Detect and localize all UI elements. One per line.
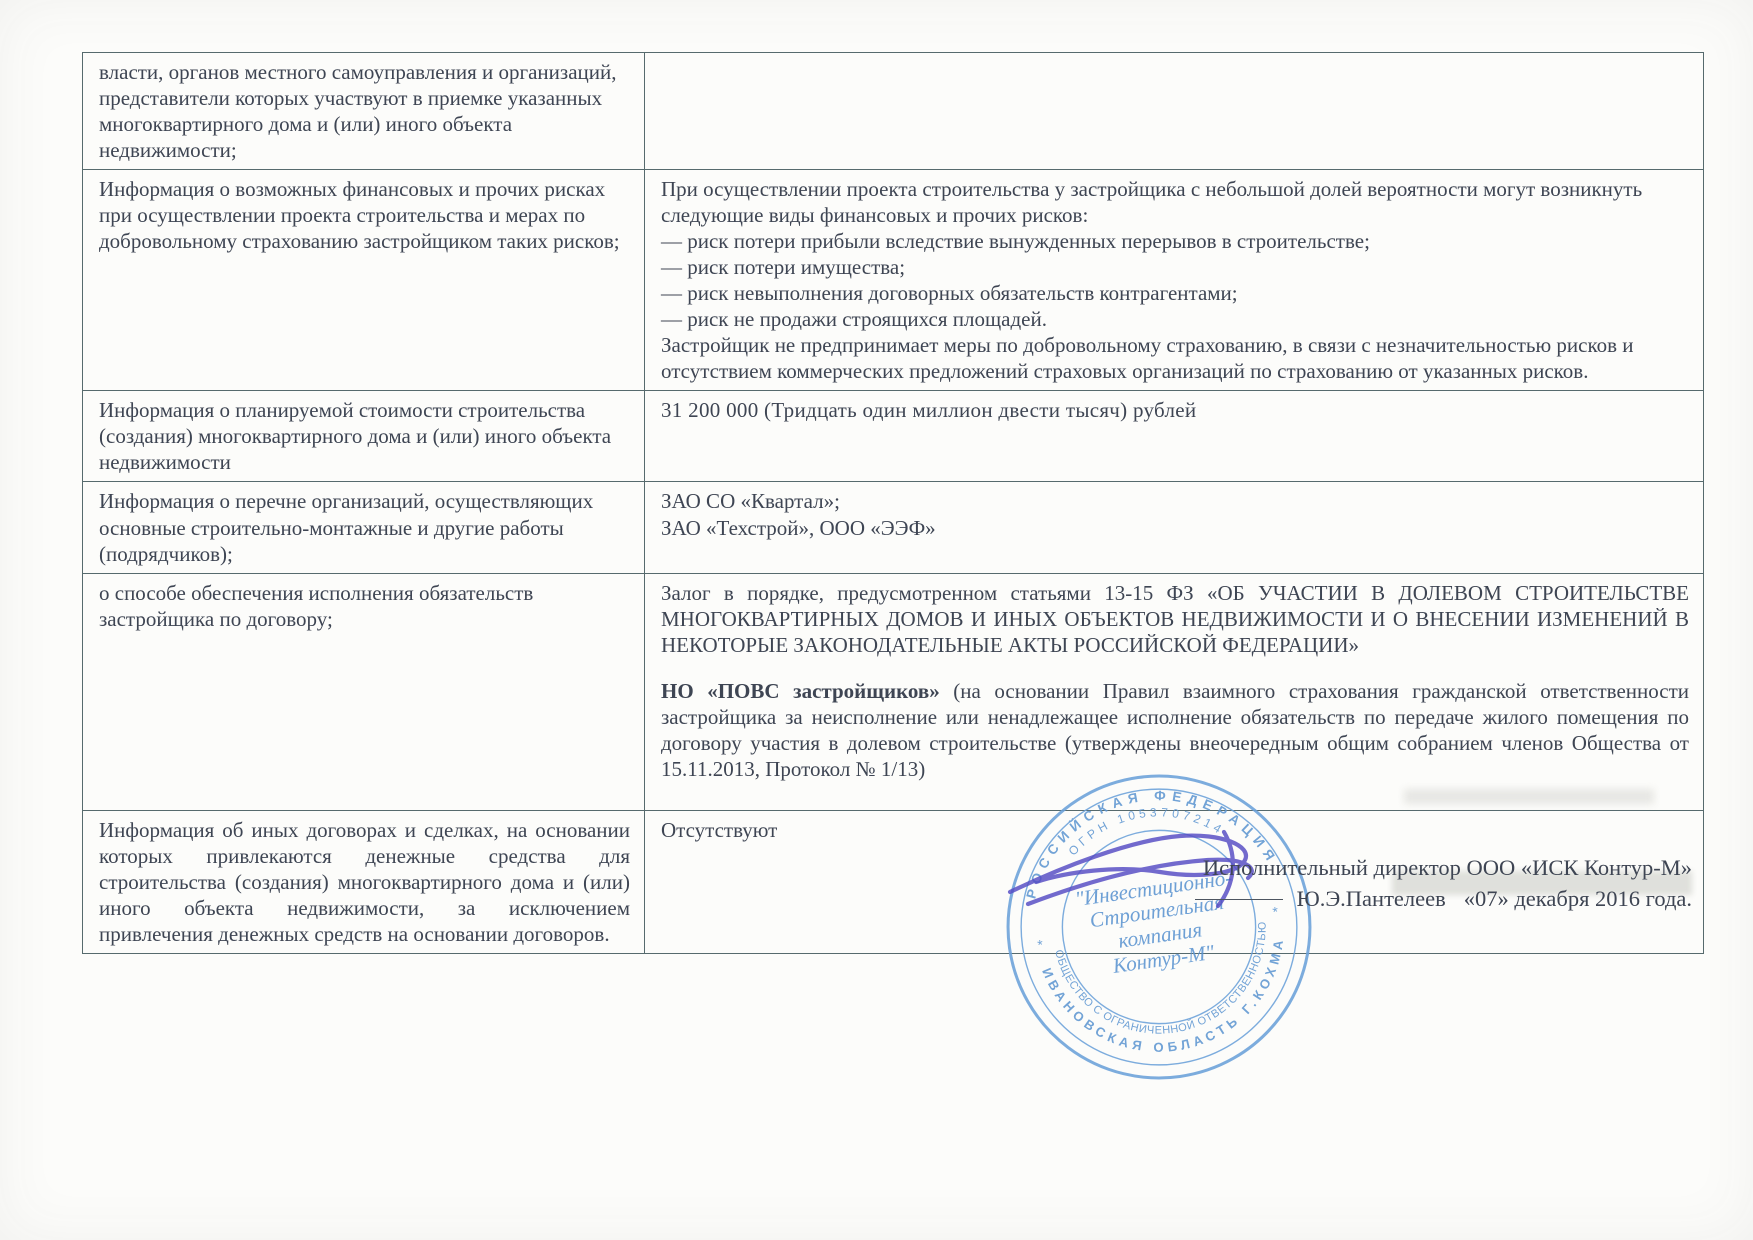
planned-cost-value: 31 200 000 (Тридцать один миллион двести… xyxy=(661,397,1689,423)
risk-item: — риск невыполнения договорных обязатель… xyxy=(661,280,1689,306)
row-label-cell: о способе обеспечения исполнения обязате… xyxy=(83,573,645,810)
risks-intro: При осуществлении проекта строительства … xyxy=(661,176,1689,228)
risk-item: — риск потери имущества; xyxy=(661,254,1689,280)
authorities-value-cell xyxy=(645,53,1704,170)
row-label-cell: Информация о перечне организаций, осущес… xyxy=(83,482,645,573)
risks-note: Застройщик не предпринимает меры по добр… xyxy=(661,332,1689,384)
project-declaration-table: власти, органов местного самоуправления … xyxy=(82,52,1704,954)
contractors-value-cell: ЗАО СО «Квартал»; ЗАО «Техстрой», ООО «Э… xyxy=(645,482,1704,573)
planned-cost-label: Информация о планируемой стоимости строи… xyxy=(99,397,630,475)
signature-line-row: Ю.Э.Пантелеев«07» декабря 2016 года. xyxy=(1060,884,1692,913)
table-row-planned-cost: Информация о планируемой стоимости строи… xyxy=(83,391,1704,482)
signature-date: «07» декабря 2016 года. xyxy=(1464,886,1692,911)
povs-clause-lead: НО «ПОВС застройщиков» xyxy=(661,679,940,703)
row-label-cell: власти, органов местного самоуправления … xyxy=(83,53,645,170)
signature-line xyxy=(1195,899,1283,900)
scanned-document-page: власти, органов местного самоуправления … xyxy=(0,0,1753,1240)
authorities-label: власти, органов местного самоуправления … xyxy=(99,59,630,163)
contractor-line: ЗАО СО «Квартал»; xyxy=(661,488,1689,514)
risk-item: — риск потери прибыли вследствие вынужде… xyxy=(661,228,1689,254)
row-label-cell: Информация об иных договорах и сделках, … xyxy=(83,810,645,953)
obligations-label: о способе обеспечения исполнения обязате… xyxy=(99,580,630,632)
stamp-star-left: * xyxy=(1036,936,1044,953)
risks-label: Информация о возможных финансовых и проч… xyxy=(99,176,630,254)
contractor-line: ЗАО «Техстрой», ООО «ЭЭФ» xyxy=(661,515,1689,541)
company-seal-stamp: РОССИЙСКАЯ ФЕДЕРАЦИЯ ИВАНОВСКАЯ ОБЛАСТЬ … xyxy=(998,766,1320,1088)
planned-cost-value-cell: 31 200 000 (Тридцать один миллион двести… xyxy=(645,391,1704,482)
paragraph-gap xyxy=(661,658,1689,678)
row-label-cell: Информация о планируемой стоимости строи… xyxy=(83,391,645,482)
signature-block: Исполнительный директор ООО «ИСК Контур-… xyxy=(1060,853,1692,914)
pledge-clause: Залог в порядке, предусмотренном статьям… xyxy=(661,580,1689,658)
table-row-risks: Информация о возможных финансовых и проч… xyxy=(83,170,1704,391)
table-row-obligations-security: о способе обеспечения исполнения обязате… xyxy=(83,573,1704,810)
risk-item: — риск не продажи строящихся площадей. xyxy=(661,306,1689,332)
risks-value-cell: При осуществлении проекта строительства … xyxy=(645,170,1704,391)
contractors-label: Информация о перечне организаций, осущес… xyxy=(99,488,630,566)
signatory-name: Ю.Э.Пантелеев xyxy=(1297,886,1446,911)
signature-title: Исполнительный директор ООО «ИСК Контур-… xyxy=(1060,853,1692,882)
table-row-contractors: Информация о перечне организаций, осущес… xyxy=(83,482,1704,573)
other-contracts-label: Информация об иных договорах и сделках, … xyxy=(99,817,630,947)
table-row-authorities: власти, органов местного самоуправления … xyxy=(83,53,1704,170)
row-label-cell: Информация о возможных финансовых и проч… xyxy=(83,170,645,391)
